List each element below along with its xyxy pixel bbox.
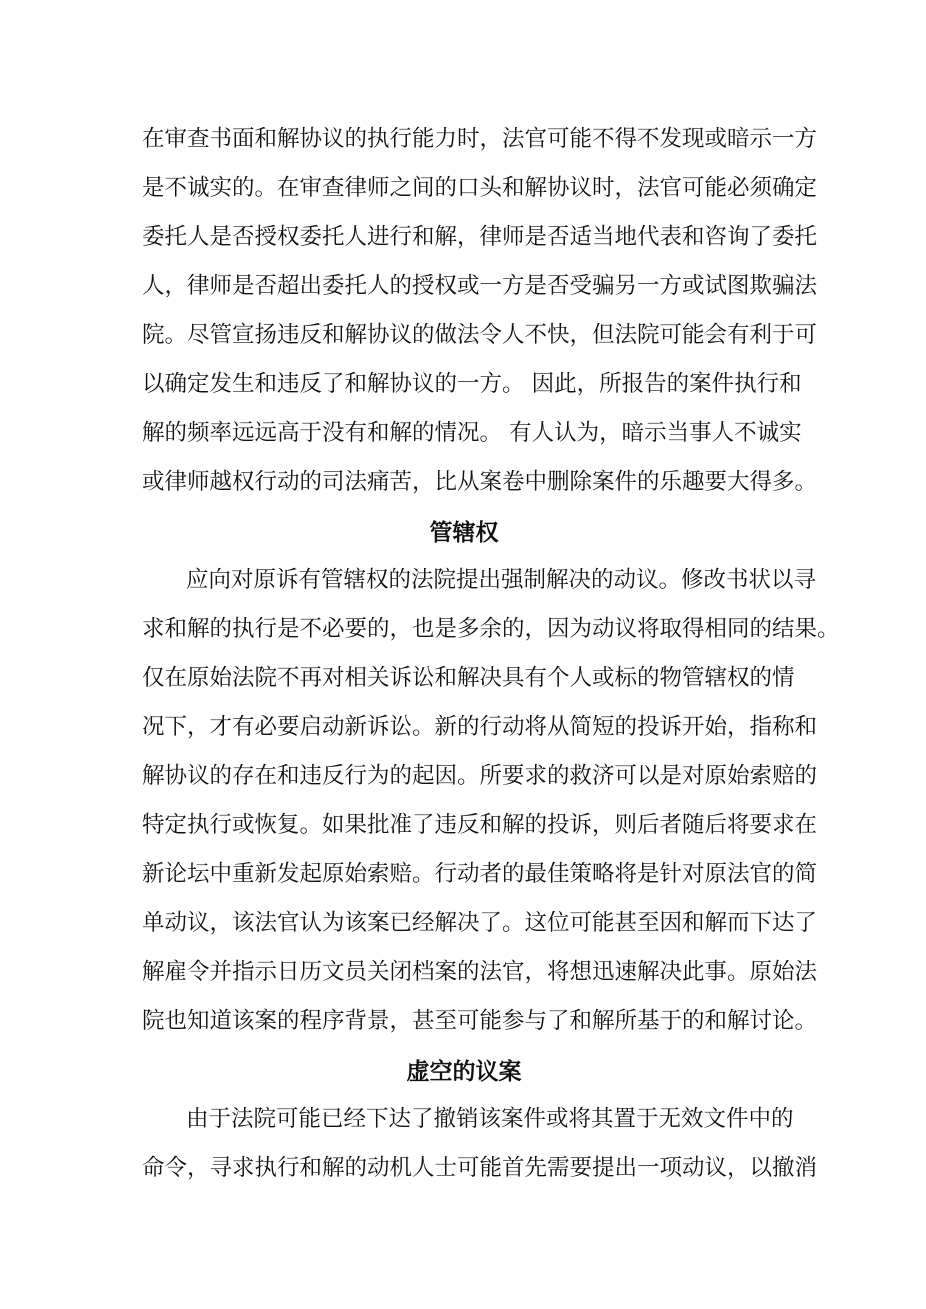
text-line: 在审查书面和解协议的执行能力时，法官可能不得不发现或暗示一方 bbox=[142, 119, 786, 168]
paragraph-jurisdiction: 应向对原诉有管辖权的法院提出强制解决的动议。修改书状以寻 求和解的执行是不必要的… bbox=[142, 560, 786, 1050]
text-line: 解的频率远远高于没有和解的情况。 有人认为，暗示当事人不诚实 bbox=[142, 413, 786, 462]
text-line: 况下，才有必要启动新诉讼。新的行动将从简短的投诉开始，指称和 bbox=[142, 707, 786, 756]
text-line: 求和解的执行是不必要的，也是多余的，因为动议将取得相同的结果。 bbox=[142, 609, 786, 658]
text-line: 仅在原始法院不再对相关诉讼和解决具有个人或标的物管辖权的情 bbox=[142, 658, 786, 707]
text-line: 是不诚实的。在审查律师之间的口头和解协议时，法官可能必须确定 bbox=[142, 168, 786, 217]
text-line: 委托人是否授权委托人进行和解，律师是否适当地代表和咨询了委托 bbox=[142, 217, 786, 266]
text-line: 以确定发生和违反了和解协议的一方。 因此，所报告的案件执行和 bbox=[142, 364, 786, 413]
text-line: 解协议的存在和违反行为的起因。所要求的救济可以是对原始索赔的 bbox=[142, 756, 786, 805]
text-line: 应向对原诉有管辖权的法院提出强制解决的动议。修改书状以寻 bbox=[142, 560, 786, 609]
text-line: 解雇令并指示日历文员关闭档案的法官，将想迅速解决此事。原始法 bbox=[142, 952, 786, 1001]
text-line: 院也知道该案的程序背景，甚至可能参与了和解所基于的和解讨论。 bbox=[142, 1001, 786, 1050]
text-line: 单动议，该法官认为该案已经解决了。这位可能甚至因和解而下达了 bbox=[142, 903, 786, 952]
document-page: 在审查书面和解协议的执行能力时，法官可能不得不发现或暗示一方 是不诚实的。在审查… bbox=[142, 119, 786, 1197]
paragraph-intro: 在审查书面和解协议的执行能力时，法官可能不得不发现或暗示一方 是不诚实的。在审查… bbox=[142, 119, 786, 511]
text-line: 新论坛中重新发起原始索赔。行动者的最佳策略将是针对原法官的简 bbox=[142, 854, 786, 903]
text-line: 院。尽管宣扬违反和解协议的做法令人不快，但法院可能会有利于可 bbox=[142, 315, 786, 364]
text-line: 命令，寻求执行和解的动机人士可能首先需要提出一项动议，以撤消 bbox=[142, 1148, 786, 1197]
text-line: 或律师越权行动的司法痛苦，比从案卷中删除案件的乐趣要大得多。 bbox=[142, 462, 786, 511]
section-heading-jurisdiction: 管辖权 bbox=[142, 511, 786, 560]
text-line: 特定执行或恢复。如果批准了违反和解的投诉，则后者随后将要求在 bbox=[142, 805, 786, 854]
text-line: 由于法院可能已经下达了撤销该案件或将其置于无效文件中的 bbox=[142, 1099, 786, 1148]
section-heading-vacate-motion: 虚空的议案 bbox=[142, 1050, 786, 1099]
text-line: 人，律师是否超出委托人的授权或一方是否受骗另一方或试图欺骗法 bbox=[142, 266, 786, 315]
paragraph-vacate-motion: 由于法院可能已经下达了撤销该案件或将其置于无效文件中的 命令，寻求执行和解的动机… bbox=[142, 1099, 786, 1197]
